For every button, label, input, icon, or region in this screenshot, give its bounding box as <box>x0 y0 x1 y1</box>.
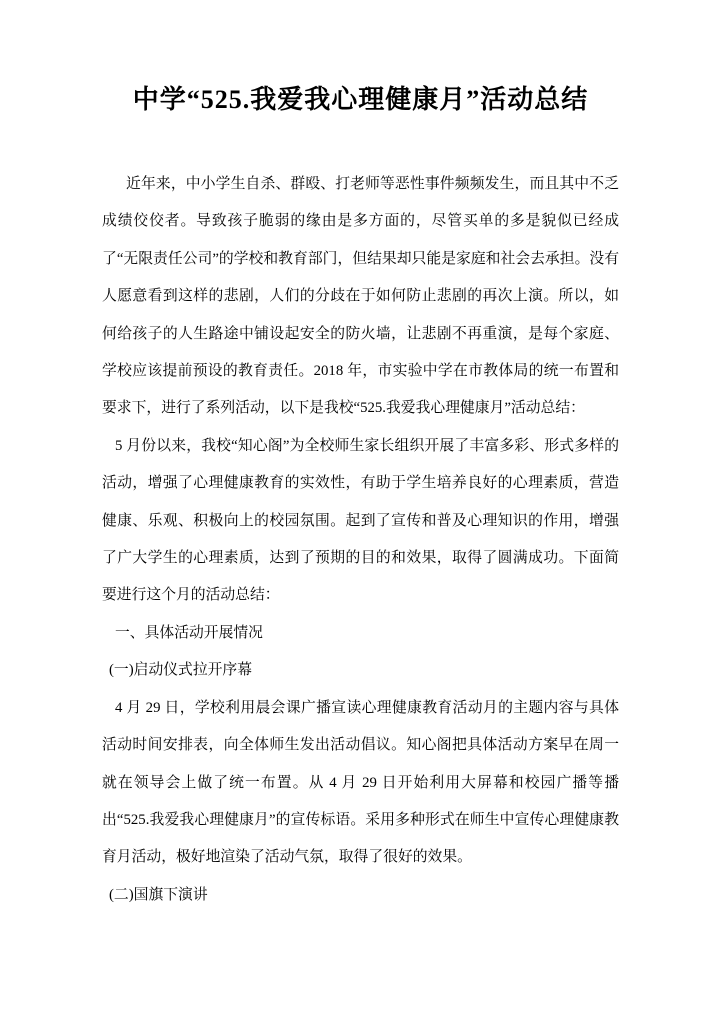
paragraph-launch-ceremony: 4 月 29 日，学校利用晨会课广播宣读心理健康教育活动月的主题内容与具体活动时… <box>102 690 619 877</box>
document-body: 近年来，中小学生自杀、群殴、打老师等恶性事件频频发生，而且其中不乏成绩佼佼者。导… <box>102 166 619 914</box>
subsection-heading-launch-ceremony: (一)启动仪式拉开序幕 <box>102 652 619 689</box>
document-title: 中学“525.我爱我心理健康月”活动总结 <box>0 0 721 120</box>
section-heading-activities: 一、具体活动开展情况 <box>102 615 619 652</box>
paragraph-overview: 5 月份以来，我校“知心阁”为全校师生家长组织开展了丰富多彩、形式多样的活动，增… <box>102 428 619 615</box>
paragraph-background: 近年来，中小学生自杀、群殴、打老师等恶性事件频频发生，而且其中不乏成绩佼佼者。导… <box>102 166 619 428</box>
subsection-heading-flag-speech: (二)国旗下演讲 <box>102 877 619 914</box>
document-page: 中学“525.我爱我心理健康月”活动总结 近年来，中小学生自杀、群殴、打老师等恶… <box>0 0 721 1020</box>
